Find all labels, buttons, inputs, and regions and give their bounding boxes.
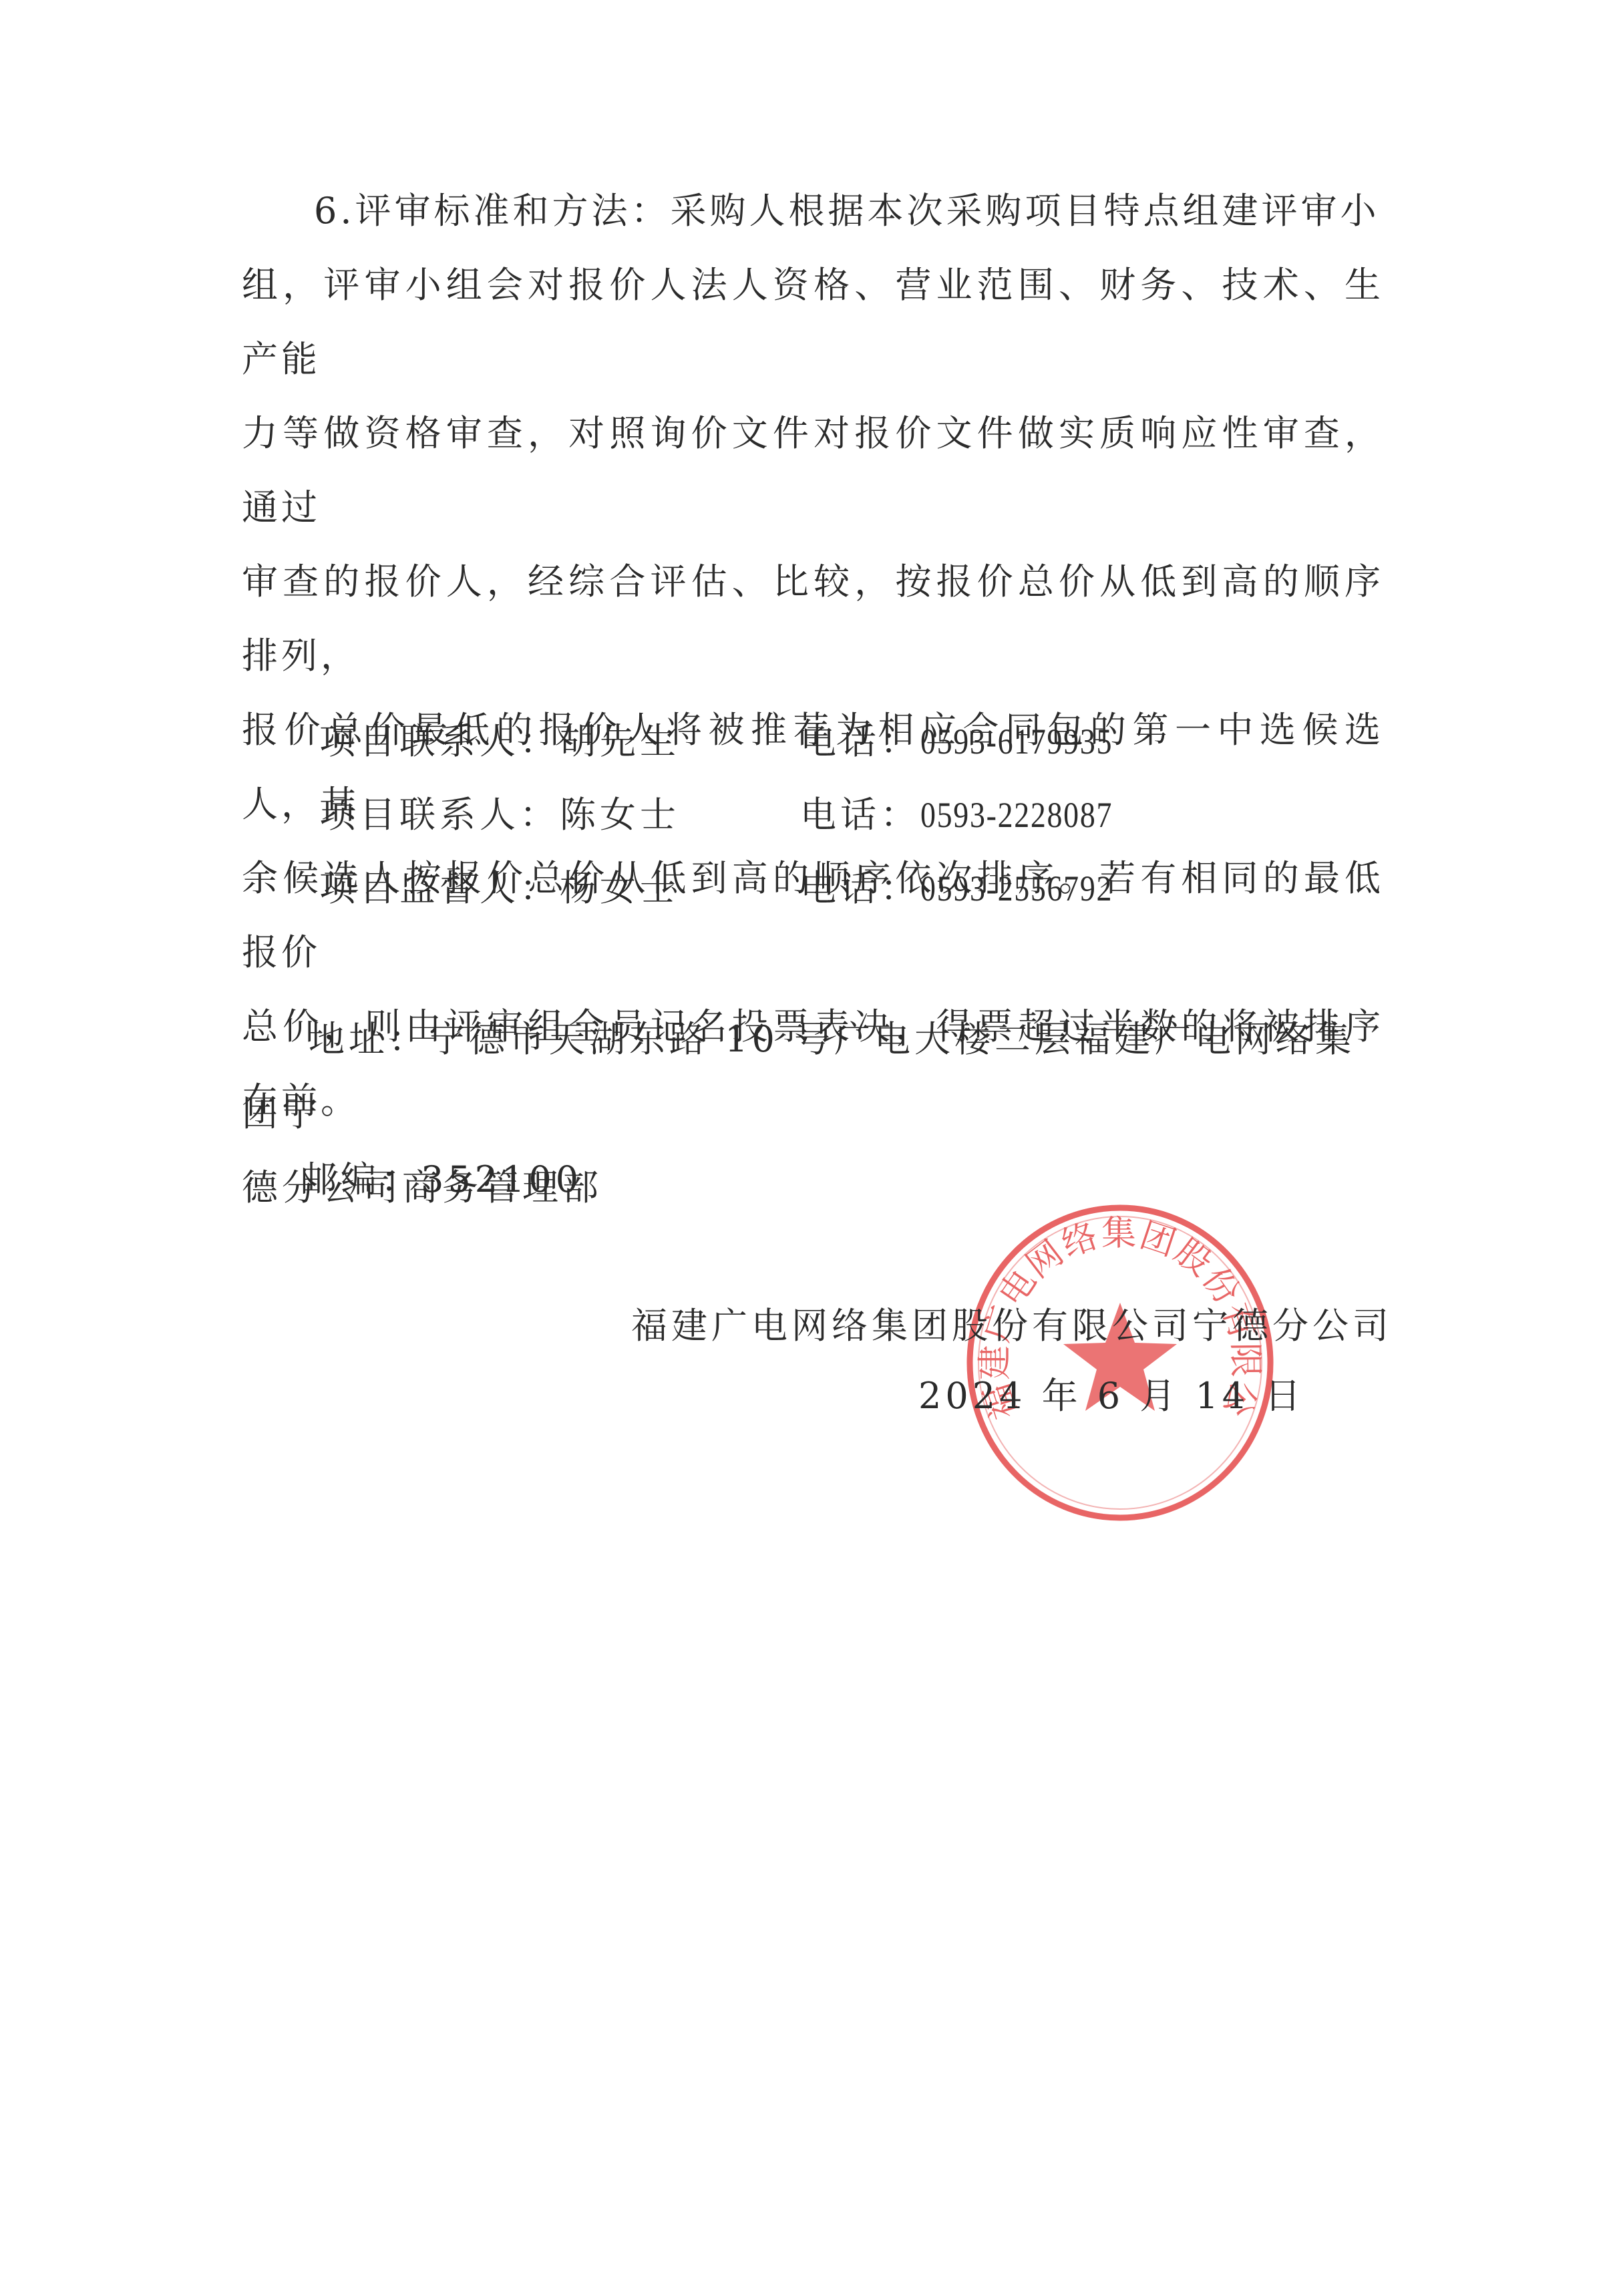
phone-number: 0593-2556792 bbox=[920, 855, 1113, 922]
contact-role: 项目监督人： bbox=[319, 867, 560, 909]
document-page: 6.评审标准和方法：采购人根据本次采购项目特点组建评审小 组，评审小组会对报价人… bbox=[0, 0, 1609, 2296]
contact-row-hu: 项目联系人：胡先生电话：0593-6179935 bbox=[319, 708, 1147, 775]
issue-date: 2024 年 6 月 14 日 bbox=[918, 1363, 1304, 1430]
paragraph-line: 力等做资格审查，对照询价文件对报价文件做实质响应性审查，通过 bbox=[242, 396, 1384, 544]
phone-number: 0593-2228087 bbox=[920, 782, 1113, 848]
contact-name: 胡先生 bbox=[560, 720, 680, 762]
phone-label: 电话： bbox=[800, 867, 920, 909]
paragraph-line: 6.评审标准和方法：采购人根据本次采购项目特点组建评审小 bbox=[242, 174, 1384, 248]
postcode: 邮编：352100 bbox=[301, 1146, 582, 1213]
phone-label: 电话： bbox=[800, 794, 920, 836]
contact-name: 杨女士 bbox=[560, 867, 680, 909]
contact-role: 项目联系人： bbox=[319, 720, 560, 762]
phone-number: 0593-6179935 bbox=[920, 708, 1113, 775]
phone-label: 电话： bbox=[800, 720, 920, 762]
contact-row-chen: 项目联系人：陈女士电话：0593-2228087 bbox=[319, 782, 1147, 848]
paragraph-evaluation-criteria: 6.评审标准和方法：采购人根据本次采购项目特点组建评审小 组，评审小组会对报价人… bbox=[242, 174, 1384, 1138]
contact-name: 陈女士 bbox=[560, 794, 680, 836]
issuer-signature: 福建广电网络集团股份有限公司宁德分公司 bbox=[631, 1293, 1393, 1359]
contact-role: 项目联系人： bbox=[319, 794, 560, 836]
contact-row-yang: 项目监督人：杨女士电话：0593-2556792 bbox=[319, 855, 1147, 922]
address-line: 地址：宁德市天湖东路 10 号广电大楼二层福建广电网络集团宁 bbox=[242, 1002, 1384, 1150]
paragraph-line: 审查的报价人，经综合评估、比较，按报价总价从低到高的顺序排列， bbox=[242, 544, 1384, 693]
paragraph-line: 组，评审小组会对报价人法人资格、营业范围、财务、技术、生产能 bbox=[242, 248, 1384, 396]
